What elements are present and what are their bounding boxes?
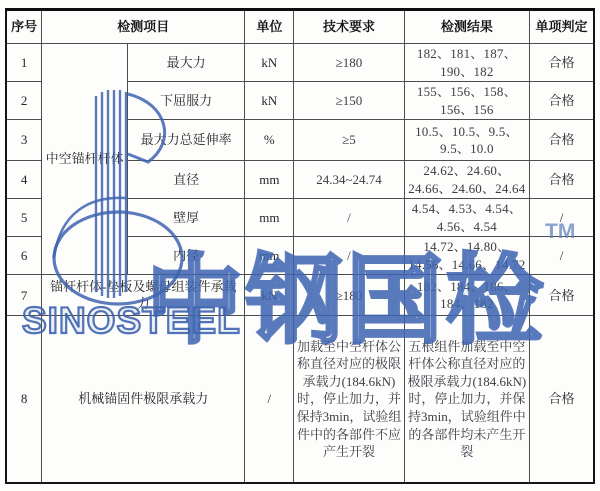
- cell-result: 4.54、4.53、4.54、4.56、4.54: [404, 199, 530, 237]
- cell-serial: 4: [6, 161, 42, 199]
- cell-item: 壁厚: [127, 199, 244, 237]
- cell-serial: 6: [6, 237, 42, 275]
- cell-item: 机械锚固件极限承载力: [42, 316, 245, 483]
- cell-verdict: 合格: [530, 120, 594, 161]
- cell-result: 14.72、14.80、14.56、14.66、14.72: [404, 237, 530, 275]
- cell-verdict: 合格: [530, 275, 594, 316]
- cell-item: 直径: [127, 161, 244, 199]
- cell-group-label: 中空锚杆杆体: [42, 44, 128, 275]
- cell-serial: 2: [6, 82, 42, 120]
- header-item: 检测项目: [42, 10, 245, 44]
- table-row: 1 中空锚杆杆体 最大力 kN ≥180 182、181、187、190、182…: [6, 44, 594, 82]
- cell-serial: 7: [6, 275, 42, 316]
- table-row: 8 机械锚固件极限承载力 / 加载至中空杆体公称直径对应的极限承载力(184.6…: [6, 316, 594, 483]
- cell-unit: mm: [245, 199, 294, 237]
- cell-unit: mm: [245, 237, 294, 275]
- cell-verdict: 合格: [530, 44, 594, 82]
- header-requirement: 技术要求: [294, 10, 404, 44]
- cell-item: 最大力总延伸率: [127, 120, 244, 161]
- cell-requirement: ≥5: [294, 120, 404, 161]
- cell-result: 155、156、158、156、156: [404, 82, 530, 120]
- cell-requirement: 24.34~24.74: [294, 161, 404, 199]
- cell-verdict: 合格: [530, 82, 594, 120]
- cell-unit: /: [245, 316, 294, 483]
- cell-result: 10.5、10.5、9.5、9.5、10.0: [404, 120, 530, 161]
- cell-unit: kN: [245, 44, 294, 82]
- cell-verdict: /: [530, 237, 594, 275]
- cell-unit: %: [245, 120, 294, 161]
- cell-verdict: /: [530, 199, 594, 237]
- cell-result: 182、181、187、190、182: [404, 44, 530, 82]
- cell-result: 182、184、186、184、182: [404, 275, 530, 316]
- cell-item: 锚杆杆体-垫板及螺母组装件承载力: [42, 275, 245, 316]
- cell-serial: 1: [6, 44, 42, 82]
- cell-item: 内径: [127, 237, 244, 275]
- header-verdict: 单项判定: [530, 10, 594, 44]
- cell-requirement: ≥150: [294, 82, 404, 120]
- cell-verdict: 合格: [530, 316, 594, 483]
- header-unit: 单位: [245, 10, 294, 44]
- cell-serial: 5: [6, 199, 42, 237]
- cell-serial: 8: [6, 316, 42, 483]
- cell-serial: 3: [6, 120, 42, 161]
- cell-verdict: 合格: [530, 161, 594, 199]
- header-result: 检测结果: [404, 10, 530, 44]
- cell-result: 五根组件加载至中空杆体公称直径对应的极限承载力(184.6kN)时，停止加力，并…: [404, 316, 530, 483]
- cell-requirement: /: [294, 237, 404, 275]
- cell-item: 下屈服力: [127, 82, 244, 120]
- cell-requirement: 加载至中空杆体公称直径对应的极限承载力(184.6kN)时，停止加力，并保持3m…: [294, 316, 404, 483]
- cell-requirement: ≥180: [294, 44, 404, 82]
- table-row: 7 锚杆杆体-垫板及螺母组装件承载力 kN ≥180 182、184、186、1…: [6, 275, 594, 316]
- cell-unit: kN: [245, 275, 294, 316]
- report-page: 序号 检测项目 单位 技术要求 检测结果 单项判定 1 中空锚杆杆体 最大力 k…: [0, 0, 600, 491]
- cell-requirement: /: [294, 199, 404, 237]
- header-serial: 序号: [6, 10, 42, 44]
- cell-unit: kN: [245, 82, 294, 120]
- cell-requirement: ≥180: [294, 275, 404, 316]
- table-header-row: 序号 检测项目 单位 技术要求 检测结果 单项判定: [6, 10, 594, 44]
- cell-unit: mm: [245, 161, 294, 199]
- inspection-table: 序号 检测项目 单位 技术要求 检测结果 单项判定 1 中空锚杆杆体 最大力 k…: [5, 8, 595, 484]
- cell-result: 24.62、24.60、24.66、24.60、24.64: [404, 161, 530, 199]
- cell-item: 最大力: [127, 44, 244, 82]
